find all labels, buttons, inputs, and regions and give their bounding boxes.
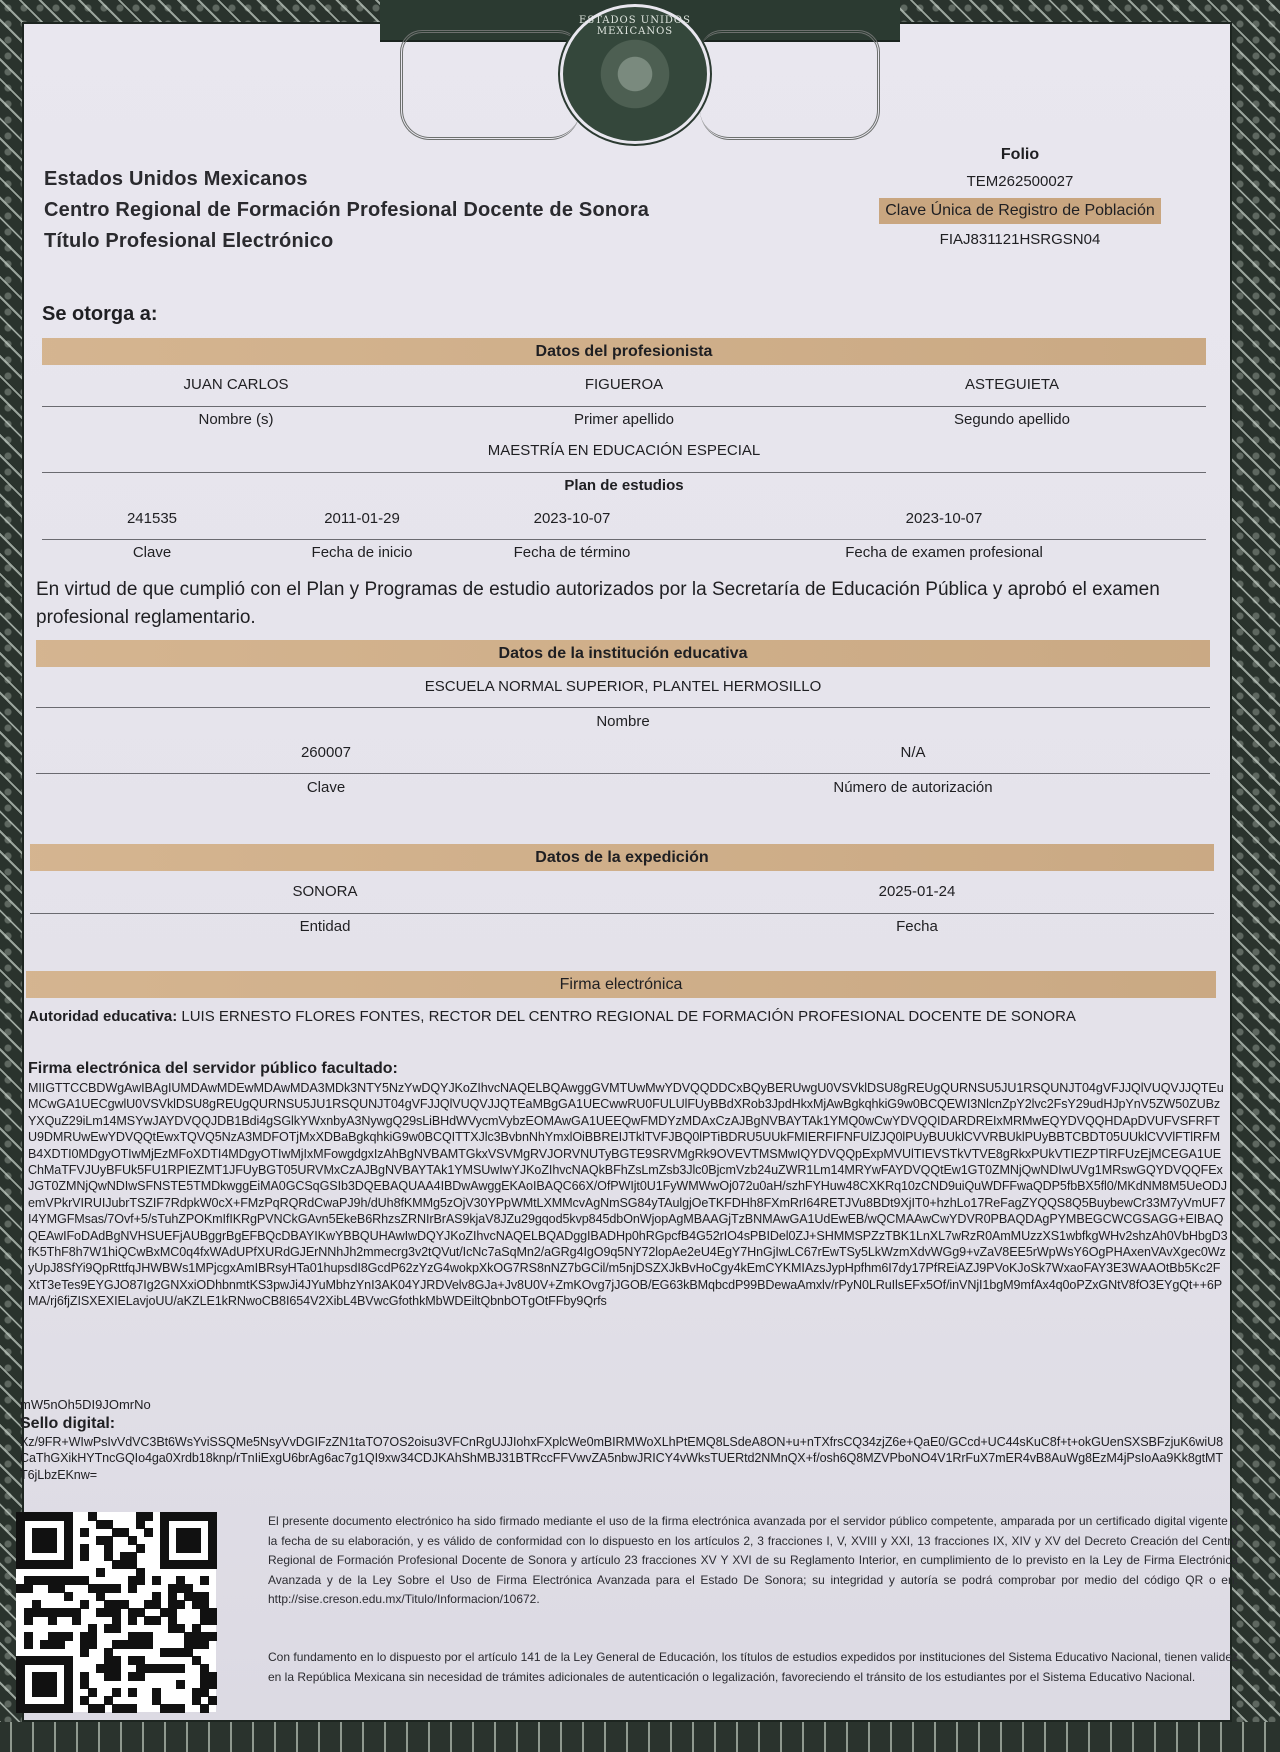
folio-label: Folio	[860, 144, 1180, 166]
fecha-examen-label: Fecha de examen profesional	[682, 544, 1206, 561]
ornamental-border-bottom	[0, 1722, 1280, 1752]
folio-value: TEM262500027	[860, 166, 1180, 198]
entidad-label: Entidad	[30, 918, 620, 935]
servidor-firma-code: MIIGTTCCBDWgAwIBAgIUMDAwMDEwMDAwMDA3MDk3…	[28, 1080, 1228, 1310]
header-line-country: Estados Unidos Mexicanos	[44, 164, 649, 195]
clave-value: 241535	[42, 510, 262, 527]
institution-clave-value: 260007	[36, 744, 616, 761]
curp-label: Clave Única de Registro de Población	[879, 198, 1160, 224]
name-values-row: JUAN CARLOS FIGUEROA ASTEGUIETA	[42, 376, 1206, 393]
fecha-expedicion-value: 2025-01-24	[620, 883, 1214, 900]
emblem-text: ESTADOS UNIDOS MEXICANOS	[563, 15, 707, 37]
autorizacion-value: N/A	[616, 744, 1210, 761]
fecha-inicio-label: Fecha de inicio	[262, 544, 462, 561]
section-institucion-header: Datos de la institución educativa	[36, 640, 1210, 667]
divider	[42, 472, 1206, 473]
document-header: Estados Unidos Mexicanos Centro Regional…	[44, 164, 649, 257]
divider	[36, 773, 1210, 774]
section-firma-header: Firma electrónica	[26, 971, 1216, 998]
divider	[30, 913, 1214, 914]
curp-value: FIAJ831121HSRGSN04	[860, 224, 1180, 256]
nombre-label: Nombre (s)	[42, 411, 430, 428]
sello-digital-code: Xz/9FR+WIwPsIvVdVC3Bt6WsYviSSQMe5NsyVvDG…	[20, 1434, 1230, 1483]
granted-to-heading: Se otorga a:	[42, 303, 158, 326]
expedicion-values-row: SONORA 2025-01-24	[30, 883, 1214, 900]
primer-apellido-label: Primer apellido	[430, 411, 818, 428]
fecha-termino-label: Fecha de término	[462, 544, 682, 561]
sello-digital-label: Sello digital:	[20, 1415, 115, 1433]
institution-values-row: 260007 N/A	[36, 744, 1210, 761]
degree-name: MAESTRÍA EN EDUCACIÓN ESPECIAL	[488, 442, 761, 459]
segundo-apellido-label: Segundo apellido	[818, 411, 1206, 428]
segundo-apellido-value: ASTEGUIETA	[818, 376, 1206, 393]
divider	[36, 707, 1210, 708]
legal-notice-signature: El presente documento electrónico ha sid…	[268, 1512, 1238, 1610]
institution-name-label-row: Nombre	[36, 713, 1210, 730]
institution-labels-row: Clave Número de autorización	[36, 779, 1210, 796]
expedicion-labels-row: Entidad Fecha	[30, 918, 1214, 935]
eagle-icon	[595, 34, 675, 114]
divider	[42, 539, 1206, 540]
name-labels-row: Nombre (s) Primer apellido Segundo apell…	[42, 411, 1206, 428]
fecha-termino-value: 2023-10-07	[462, 510, 682, 527]
servidor-firma-label: Firma electrónica del servidor público f…	[28, 1060, 398, 1078]
institution-name-row: ESCUELA NORMAL SUPERIOR, PLANTEL HERMOSI…	[36, 678, 1210, 695]
clave-label: Clave	[42, 544, 262, 561]
institution-name-label: Nombre	[596, 713, 649, 730]
fecha-expedicion-label: Fecha	[620, 918, 1214, 935]
compliance-statement: En virtud de que cumplió con el Plan y P…	[36, 576, 1216, 632]
institution-clave-label: Clave	[36, 779, 616, 796]
ornament-left	[400, 30, 580, 140]
autoridad-educativa: Autoridad educativa: LUIS ERNESTO FLORES…	[28, 1006, 1226, 1028]
servidor-firma-code-tail: mW5nOh5DI9JOmrNo	[20, 1397, 151, 1412]
entidad-value: SONORA	[30, 883, 620, 900]
plan-values-row: 241535 2011-01-29 2023-10-07 2023-10-07	[42, 510, 1206, 527]
plan-labels-row: Clave Fecha de inicio Fecha de término F…	[42, 544, 1206, 561]
autoridad-label: Autoridad educativa:	[28, 1008, 177, 1025]
autoridad-value: LUIS ERNESTO FLORES FONTES, RECTOR DEL C…	[181, 1008, 1076, 1025]
section-profesionista-header: Datos del profesionista	[42, 338, 1206, 365]
primer-apellido-value: FIGUEROA	[430, 376, 818, 393]
plan-de-estudios-label: Plan de estudios	[564, 477, 683, 494]
nombre-value: JUAN CARLOS	[42, 376, 430, 393]
degree-row: MAESTRÍA EN EDUCACIÓN ESPECIAL	[42, 442, 1206, 459]
section-expedicion-header: Datos de la expedición	[30, 844, 1214, 871]
header-line-doc-type: Título Profesional Electrónico	[44, 226, 649, 257]
plan-label-row: Plan de estudios	[42, 477, 1206, 494]
ornament-right	[700, 30, 880, 140]
national-coat-of-arms-icon: ESTADOS UNIDOS MEXICANOS	[560, 4, 710, 144]
institution-name-value: ESCUELA NORMAL SUPERIOR, PLANTEL HERMOSI…	[425, 678, 822, 695]
verification-qr-code[interactable]	[16, 1512, 216, 1712]
header-line-institution: Centro Regional de Formación Profesional…	[44, 195, 649, 226]
legal-notice-validity: Con fundamento en lo dispuesto por el ar…	[268, 1648, 1238, 1687]
divider	[42, 406, 1206, 407]
fecha-inicio-value: 2011-01-29	[262, 510, 462, 527]
fecha-examen-value: 2023-10-07	[682, 510, 1206, 527]
autorizacion-label: Número de autorización	[616, 779, 1210, 796]
folio-block: Folio TEM262500027 Clave Única de Regist…	[860, 144, 1180, 256]
